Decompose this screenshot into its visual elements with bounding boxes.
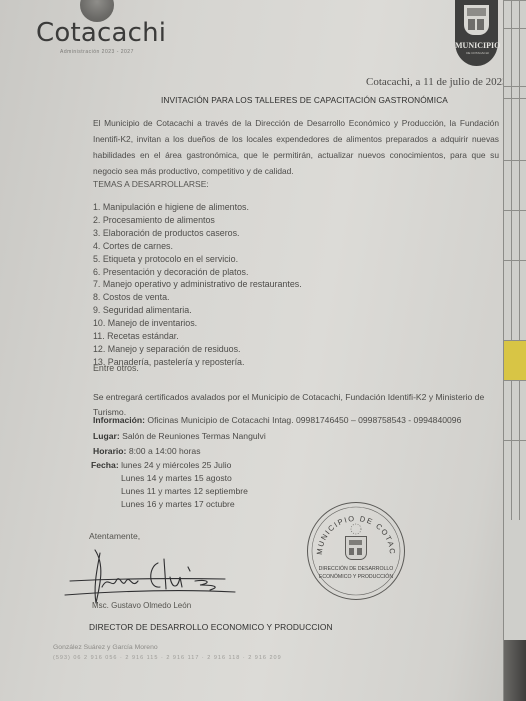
topic-item: 7. Manejo operativo y administrativo de … xyxy=(93,278,302,291)
signer-role: DIRECTOR DE DESARROLLO ECONOMICO Y PRODU… xyxy=(89,622,333,632)
shield-name: MUNICIPIO xyxy=(455,41,500,50)
date-item: lunes 24 y miércoles 25 Julio xyxy=(121,460,231,470)
document-title: INVITACIÓN PARA LOS TALLERES DE CAPACITA… xyxy=(161,95,448,105)
official-seal: MUNICIPIO DE COTACACHI DIRECCIÓN DE DESA… xyxy=(307,502,405,600)
place-value: Salón de Reuniones Termas Nangulvi xyxy=(120,431,266,441)
footer-address: González Suárez y García Moreno xyxy=(53,644,158,651)
topic-item: 8. Costos de venta. xyxy=(93,291,302,304)
footer-phones: (593) 06 2 916 056 · 2 916 115 · 2 916 1… xyxy=(53,655,282,661)
topic-item: 11. Recetas estándar. xyxy=(93,330,302,343)
logo-wordmark: Cotacachi xyxy=(36,18,166,48)
place-line: Lugar: Salón de Reuniones Termas Nangulv… xyxy=(93,431,266,441)
info-line: Información: Oficinas Municipio de Cotac… xyxy=(93,415,461,425)
topics-list: 1. Manipulación e higiene de alimentos.2… xyxy=(93,201,302,369)
topic-item: 3. Elaboración de productos caseros. xyxy=(93,227,302,240)
intro-paragraph: El Municipio de Cotacachi a través de la… xyxy=(93,115,499,179)
topic-item: 12. Manejo y separación de residuos. xyxy=(93,343,302,356)
topics-heading: TEMAS A DESARROLLARSE: xyxy=(93,179,209,189)
signer-name: Msc. Gustavo Olmedo León xyxy=(92,601,191,610)
coat-of-arms-icon xyxy=(464,5,489,35)
topic-item: 1. Manipulación e higiene de alimentos. xyxy=(93,201,302,214)
document-page: Cotacachi Administración 2023 - 2027 MUN… xyxy=(0,0,508,701)
logo-tagline: Administración 2023 - 2027 xyxy=(60,49,134,55)
seal-line-1: DIRECCIÓN DE DESARROLLO xyxy=(308,566,404,572)
seal-line-2: ECONÓMICO Y PRODUCCIÓN xyxy=(308,574,404,580)
place-label: Lugar: xyxy=(93,431,120,441)
dates-block: Fecha: lunes 24 y miércoles 25 Julio Lun… xyxy=(91,455,248,511)
topic-item: 6. Presentación y decoración de platos. xyxy=(93,266,302,279)
municipality-shield-icon: MUNICIPIO DE COTACACHI xyxy=(455,0,498,66)
topic-item: 4. Cortes de carnes. xyxy=(93,240,302,253)
topic-item: 9. Seguridad alimentaria. xyxy=(93,304,302,317)
shield-subtitle: DE COTACACHI xyxy=(455,51,500,55)
date-item: Lunes 14 y martes 15 agosto xyxy=(91,472,248,485)
topic-item: 2. Procesamiento de alimentos xyxy=(93,214,302,227)
topics-closing: Entre otros. xyxy=(93,363,139,373)
topic-item: 10. Manejo de inventarios. xyxy=(93,317,302,330)
info-value: Oficinas Municipio de Cotacachi Intag. 0… xyxy=(145,415,461,425)
closing: Atentamente, xyxy=(89,531,140,541)
date-item: Lunes 11 y martes 12 septiembre xyxy=(91,485,248,498)
adjacent-sheet-edge xyxy=(503,0,526,701)
dates-label: Fecha: xyxy=(91,460,119,470)
date-item: Lunes 16 y martes 17 octubre xyxy=(91,498,248,511)
info-label: Información: xyxy=(93,415,145,425)
seal-coat-of-arms-icon xyxy=(345,536,367,560)
date-line: Cotacachi, a 11 de julio de 2023 xyxy=(366,76,508,88)
topic-item: 5. Etiqueta y protocolo en el servicio. xyxy=(93,253,302,266)
